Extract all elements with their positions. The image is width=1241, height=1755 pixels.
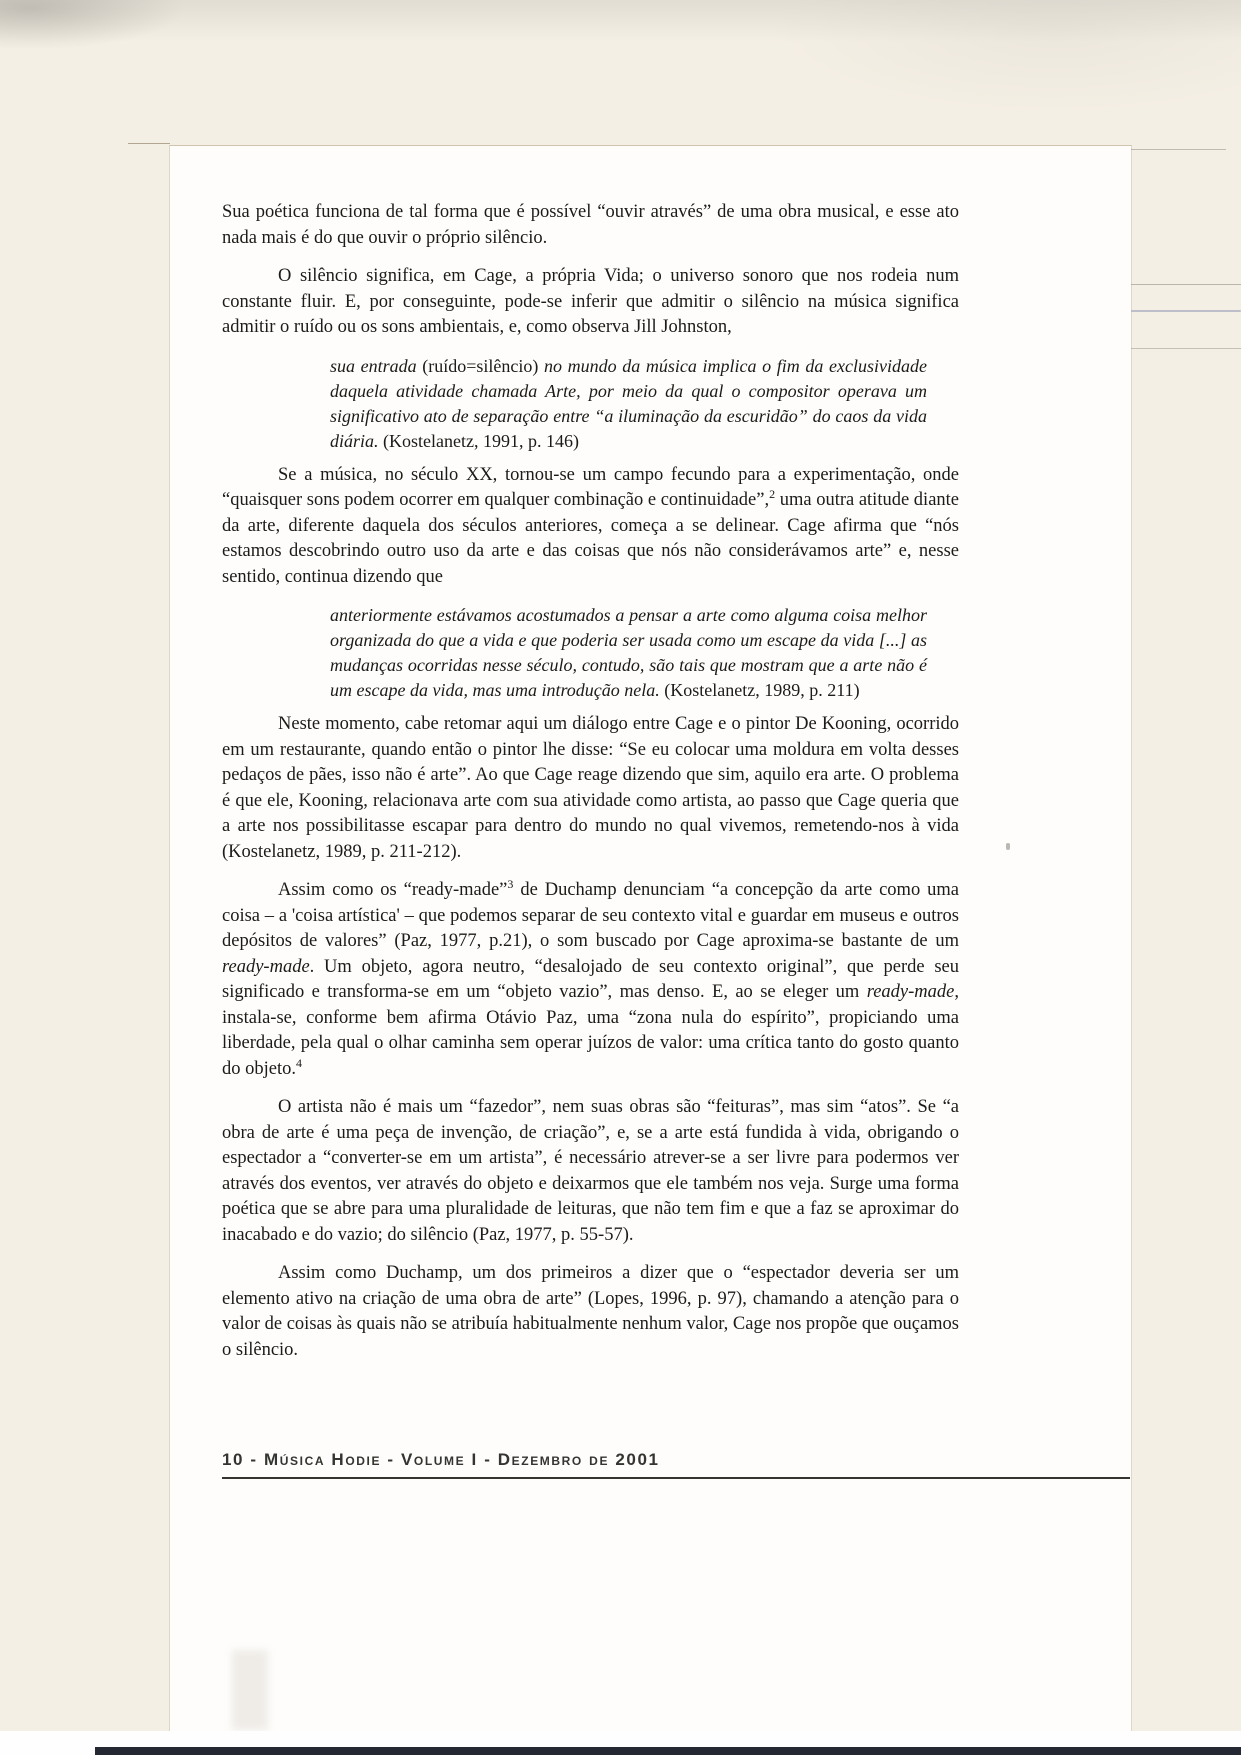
text-segment: sua entrada [330, 356, 422, 376]
text-segment: ready-made [867, 982, 955, 1002]
scan-line-artifact [1131, 284, 1241, 285]
text-segment: (Kostelanetz, 1991, p. 146) [383, 431, 579, 451]
body-paragraph: O silêncio significa, em Cage, a própria… [222, 264, 959, 341]
text-segment: ready-made [222, 957, 310, 977]
page-footer: 10 - Música Hodie - Volume I - Dezembro … [222, 1450, 1130, 1479]
text-segment: O artista não é mais um “fazedor”, nem s… [222, 1097, 959, 1245]
text-segment: Sua poética funciona de tal forma que é … [222, 202, 959, 248]
body-paragraph: Assim como os “ready-made”3 de Duchamp d… [222, 878, 959, 1082]
text-segment: Assim como os “ready-made” [278, 880, 507, 900]
body-paragraph: Neste momento, cabe retomar aqui um diál… [222, 712, 959, 865]
text-segment: (ruído=silêncio) [422, 356, 544, 376]
text-segment: O silêncio significa, em Cage, a própria… [222, 266, 959, 337]
text-segment: Assim como Duchamp, um dos primeiros a d… [222, 1263, 959, 1360]
scanned-page: Sua poética funciona de tal forma que é … [0, 0, 1241, 1755]
footer-running-title: 10 - Música Hodie - Volume I - Dezembro … [222, 1450, 660, 1469]
text-segment: . Um objeto, agora neutro, “desalojado d… [222, 957, 959, 1003]
block-quote: anteriormente estávamos acostumados a pe… [330, 603, 927, 703]
article-text-column: Sua poética funciona de tal forma que é … [222, 200, 959, 1376]
scan-smudge [232, 1650, 268, 1730]
scan-line-artifact [1131, 149, 1226, 150]
scan-line-artifact [1131, 348, 1241, 349]
text-segment: Neste momento, cabe retomar aqui um diál… [222, 714, 959, 862]
body-paragraph: Se a música, no século XX, tornou-se um … [222, 463, 959, 591]
scan-speck [1006, 843, 1010, 850]
body-paragraph: Assim como Duchamp, um dos primeiros a d… [222, 1261, 959, 1363]
block-quote: sua entrada (ruído=silêncio) no mundo da… [330, 354, 927, 454]
scan-bottom-bar-artifact [95, 1747, 1241, 1755]
footnote-reference: 4 [296, 1055, 302, 1069]
page-edge-artifact [128, 143, 170, 144]
scan-line-artifact [1131, 310, 1241, 312]
body-paragraph: O artista não é mais um “fazedor”, nem s… [222, 1095, 959, 1248]
text-segment: (Kostelanetz, 1989, p. 211) [664, 680, 859, 700]
body-paragraph: Sua poética funciona de tal forma que é … [222, 200, 959, 251]
